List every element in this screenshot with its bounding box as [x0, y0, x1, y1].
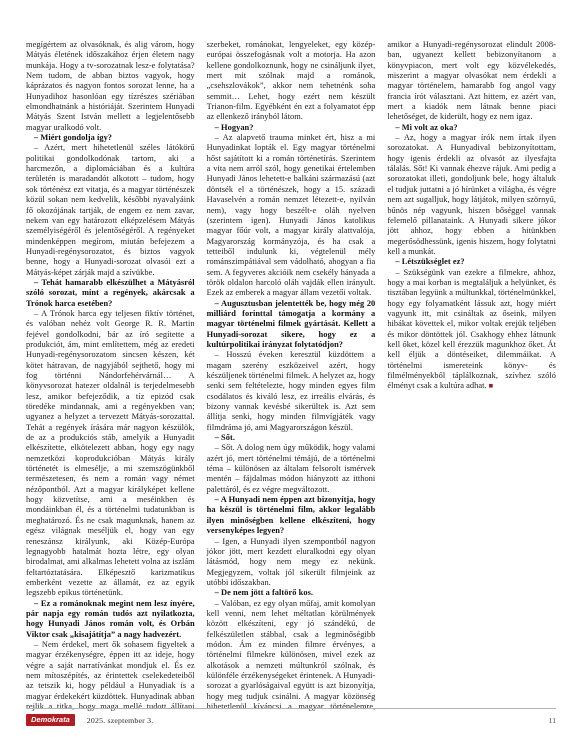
- interview-question: – Hogyan?: [207, 123, 376, 133]
- interview-paragraph: – Az alapvető trauma minket ért, hisz a …: [207, 133, 376, 299]
- interview-question: – Mi volt az oka?: [387, 123, 556, 133]
- interview-question: – Sőt.: [207, 433, 376, 443]
- interview-question: – Miért gondolja így?: [26, 133, 195, 143]
- article-end-mark-icon: ■: [487, 381, 494, 390]
- magazine-page: megígértem az olvasóknak, és alig várom,…: [26, 40, 556, 740]
- interview-paragraph: – A Trónok harca egy teljesen fiktív tör…: [26, 309, 195, 599]
- interview-paragraph: megígértem az olvasóknak, és alig várom,…: [26, 40, 195, 133]
- interview-question: – Tehát hamarabb elkészülhet a Mátyásról…: [26, 278, 195, 309]
- interview-paragraph: – Azért, mert hihetetlenül széles látókö…: [26, 143, 195, 277]
- interview-question: – Ez a románoknak megint nem lesz ínyére…: [26, 599, 195, 640]
- interview-paragraph: – Hosszú éveken keresztül küzdöttem a ma…: [207, 350, 376, 433]
- interview-question: – Augusztusban jelentették be, hogy még …: [207, 299, 376, 351]
- interview-question: – De nem jött a faltörő kos.: [207, 588, 376, 598]
- interview-question: – A Hunyadi nem éppen azt bizonyítja, ho…: [207, 495, 376, 536]
- interview-paragraph: – Igen, a Hunyadi ilyen szempontból nagy…: [207, 537, 376, 589]
- interview-paragraph: – Az, hogy a magyar írók nem írtak ilyen…: [387, 133, 556, 257]
- issue-date: 2025. szeptember 3.: [87, 716, 154, 725]
- article-columns: megígértem az olvasóknak, és alig várom,…: [26, 40, 556, 714]
- demokrata-logo: Demokrata: [26, 714, 75, 726]
- interview-paragraph: – Szükségünk van ezekre a filmekre, ahho…: [387, 268, 556, 392]
- page-number: 11: [548, 716, 556, 725]
- page-footer: Demokrata 2025. szeptember 3. 11: [26, 708, 556, 726]
- interview-paragraph: – Sőt. A dolog nem úgy működik, hogy val…: [207, 443, 376, 495]
- interview-question: – Létszükséglet ez?: [387, 257, 556, 267]
